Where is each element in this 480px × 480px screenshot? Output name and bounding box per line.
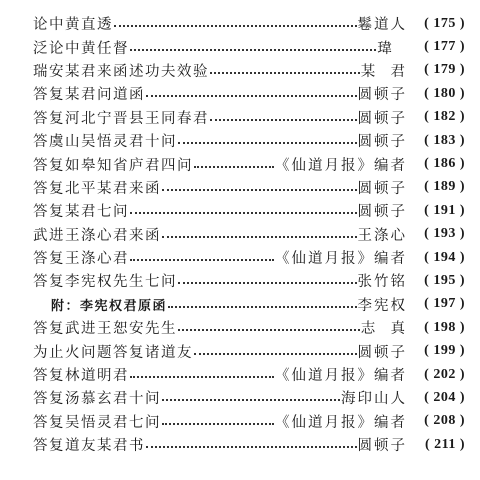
entry-page: ( 179 ) (407, 62, 465, 78)
entry-title: 答复某君七问 (33, 200, 129, 221)
entry-title: 论中黄直透 (33, 13, 113, 34)
dot-leader (210, 106, 357, 129)
toc-entry: 答复某君问道函圆顿子( 180 ) (33, 82, 465, 105)
entry-title: 答复武进王恕安先生 (33, 317, 177, 338)
entry-author: 圆顿子 (358, 200, 408, 221)
entry-author: 《仙道月报》编者 (275, 154, 407, 175)
dot-leader (130, 363, 274, 386)
entry-title: 答复林道明君 (33, 364, 129, 385)
dot-leader (130, 199, 357, 222)
entry-author: 圆顿子 (358, 434, 408, 455)
entry-author: 圆顿子 (358, 107, 408, 128)
entry-author: 圆顿子 (358, 177, 408, 198)
entry-page: ( 208 ) (407, 413, 465, 429)
dot-leader (210, 59, 360, 82)
entry-page: ( 191 ) (407, 203, 465, 219)
entry-author: 鬈道人 (358, 13, 408, 34)
entry-author: 海印山人 (341, 387, 407, 408)
entry-page: ( 186 ) (407, 156, 465, 172)
entry-page: ( 194 ) (407, 250, 465, 266)
entry-author: 某 君 (361, 60, 407, 81)
toc-entry: 答复王涤心君《仙道月报》编者( 194 ) (33, 246, 465, 269)
toc-entry: 瑞安某君来函述功夫效验某 君( 179 ) (33, 59, 465, 82)
toc-entry: 论中黄直透鬈道人( 175 ) (33, 12, 465, 35)
entry-title: 为止火问题答复诸道友 (33, 341, 193, 362)
dot-leader (114, 12, 357, 35)
entry-page: ( 193 ) (407, 226, 465, 242)
entry-title: 泛论中黄任督 (33, 37, 129, 58)
dot-leader (130, 246, 274, 269)
entry-author: 《仙道月报》编者 (275, 411, 407, 432)
entry-author: 王涤心 (358, 224, 408, 245)
entry-author: 张竹铭 (358, 270, 408, 291)
entry-page: ( 175 ) (407, 16, 465, 32)
entry-title: 答复王涤心君 (33, 247, 129, 268)
dot-leader (146, 82, 357, 105)
entry-title: 答复汤慕玄君十问 (33, 387, 161, 408)
entry-author: 瑋 (377, 37, 407, 58)
entry-title: 武进王涤心君来函 (33, 224, 161, 245)
entry-page: ( 204 ) (407, 390, 465, 406)
dot-leader (162, 223, 357, 246)
dot-leader (178, 269, 357, 292)
entry-page: ( 189 ) (407, 179, 465, 195)
toc-entry: 泛论中黄任督瑋 ( 177 ) (33, 35, 465, 58)
entry-page: ( 180 ) (407, 86, 465, 102)
entry-page: ( 195 ) (407, 273, 465, 289)
toc-entry: 答复林道明君《仙道月报》编者( 202 ) (33, 363, 465, 386)
toc-entry-appendix: 附：李宪权君原函李宪权( 197 ) (33, 293, 465, 316)
dot-leader (130, 36, 376, 59)
toc-entry: 答复李宪权先生七问张竹铭( 195 ) (33, 269, 465, 292)
dot-leader (178, 129, 357, 152)
entry-title: 附：李宪权君原函 (51, 295, 167, 314)
entry-page: ( 182 ) (407, 109, 465, 125)
toc-entry: 答复北平某君来函圆顿子( 189 ) (33, 176, 465, 199)
toc-entry: 答复汤慕玄君十问海印山人( 204 ) (33, 386, 465, 409)
entry-title: 答复吴悟灵君七问 (33, 411, 161, 432)
toc-entry: 答复如皋知省庐君四问《仙道月报》编者( 186 ) (33, 152, 465, 175)
entry-page: ( 198 ) (407, 320, 465, 336)
entry-page: ( 202 ) (407, 367, 465, 383)
toc-entry: 答复吴悟灵君七问《仙道月报》编者( 208 ) (33, 410, 465, 433)
entry-page: ( 177 ) (407, 39, 465, 55)
entry-author: 圆顿子 (358, 341, 408, 362)
dot-leader (146, 433, 357, 456)
dot-leader (194, 340, 357, 363)
entry-page: ( 197 ) (407, 296, 465, 312)
dot-leader (162, 386, 340, 409)
toc-entry: 武进王涤心君来函王涤心( 193 ) (33, 223, 465, 246)
dot-leader (162, 176, 357, 199)
toc-entry: 为止火问题答复诸道友圆顿子( 199 ) (33, 339, 465, 362)
entry-author: 志 真 (361, 317, 407, 338)
entry-title: 答复道友某君书 (33, 434, 145, 455)
toc-entry: 答虞山吴悟灵君十问圆顿子( 183 ) (33, 129, 465, 152)
entry-title: 答复河北宁晋县王同春君 (33, 107, 209, 128)
entry-title: 答复如皋知省庐君四问 (33, 154, 193, 175)
table-of-contents: 论中黄直透鬈道人( 175 ) 泛论中黄任督瑋 ( 177 ) 瑞安某君来函述功… (33, 12, 465, 456)
entry-title: 答复某君问道函 (33, 83, 145, 104)
entry-author: 《仙道月报》编者 (275, 247, 407, 268)
entry-author: 李宪权 (358, 294, 408, 315)
entry-author: 圆顿子 (358, 130, 408, 151)
entry-title: 瑞安某君来函述功夫效验 (33, 60, 209, 81)
entry-page: ( 199 ) (407, 343, 465, 359)
entry-title: 答复北平某君来函 (33, 177, 161, 198)
dot-leader (162, 410, 274, 433)
entry-author: 《仙道月报》编者 (275, 364, 407, 385)
dot-leader (194, 153, 274, 176)
dot-leader (168, 293, 356, 316)
toc-entry: 答复河北宁晋县王同春君圆顿子( 182 ) (33, 106, 465, 129)
entry-page: ( 211 ) (407, 437, 465, 453)
toc-entry: 答复道友某君书圆顿子( 211 ) (33, 433, 465, 456)
toc-entry: 答复武进王恕安先生志 真( 198 ) (33, 316, 465, 339)
toc-entry: 答复某君七问圆顿子( 191 ) (33, 199, 465, 222)
entry-page: ( 183 ) (407, 133, 465, 149)
entry-title: 答复李宪权先生七问 (33, 270, 177, 291)
entry-author: 圆顿子 (358, 83, 408, 104)
dot-leader (178, 316, 360, 339)
entry-title: 答虞山吴悟灵君十问 (33, 130, 177, 151)
